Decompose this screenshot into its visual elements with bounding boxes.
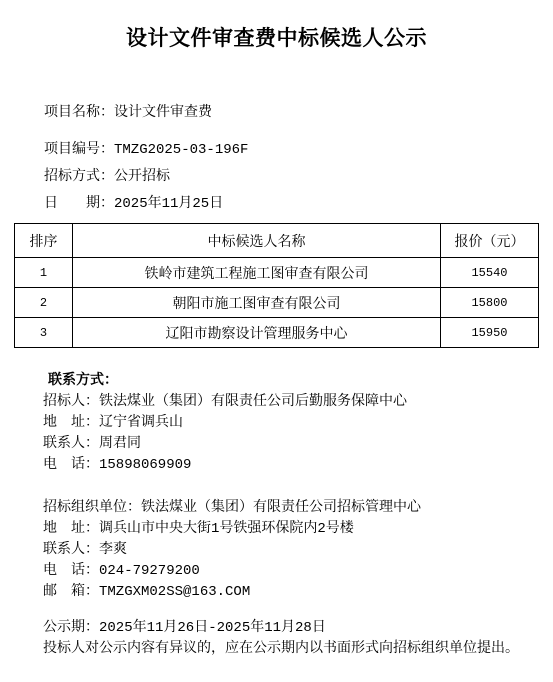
project-number-label: 项目编号：: [44, 142, 114, 158]
candidate-name-cell: 辽阳市勘察设计管理服务中心: [73, 318, 441, 348]
organizer-line: 招标组织单位：铁法煤业（集团）有限责任公司招标管理中心: [43, 498, 553, 519]
date-line: 日 期：2025年11月25日: [44, 191, 553, 218]
rank-cell: 3: [15, 318, 73, 348]
rank-cell: 1: [15, 258, 73, 288]
candidate-name-cell: 铁岭市建筑工程施工图审查有限公司: [73, 258, 441, 288]
organizer-phone-line: 电 话：024-79279200: [43, 561, 553, 582]
bidder-contact-person-label: 联系人：: [43, 436, 99, 452]
table-row: 2 朝阳市施工图审查有限公司 15800: [15, 288, 539, 318]
project-name-line: 项目名称：设计文件审查费: [44, 100, 553, 127]
organizer-phone-value: 024-79279200: [99, 563, 200, 579]
organizer-phone-label: 电 话：: [43, 563, 99, 579]
header-rank: 排序: [15, 224, 73, 258]
organizer-email-value: TMZGXM02SS@163.COM: [99, 584, 250, 600]
rank-cell: 2: [15, 288, 73, 318]
bidder-value: 铁法煤业（集团）有限责任公司后勤服务保障中心: [99, 394, 407, 410]
bidding-method-line: 招标方式：公开招标: [44, 164, 553, 191]
bidder-address-line: 地 址：辽宁省调兵山: [43, 413, 553, 434]
project-info-block: 项目名称：设计文件审查费 项目编号：TMZG2025-03-196F 招标方式：…: [44, 100, 553, 218]
bidding-method-value: 公开招标: [114, 169, 170, 185]
price-cell: 15950: [441, 318, 539, 348]
bidder-phone-value: 15898069909: [99, 457, 191, 473]
organizer-address-line: 地 址：调兵山市中央大街1号铁强环保院内2号楼: [43, 519, 553, 540]
page-title: 设计文件审查费中标候选人公示: [0, 30, 553, 52]
contact-heading: 联系方式：: [48, 371, 553, 392]
organizer-contact-person-value: 李爽: [99, 542, 127, 558]
bidder-contact-group: 招标人：铁法煤业（集团）有限责任公司后勤服务保障中心 地 址：辽宁省调兵山 联系…: [43, 392, 553, 476]
bidder-line: 招标人：铁法煤业（集团）有限责任公司后勤服务保障中心: [43, 392, 553, 413]
organizer-contact-group: 招标组织单位：铁法煤业（集团）有限责任公司招标管理中心 地 址：调兵山市中央大街…: [43, 498, 553, 603]
bidder-phone-line: 电 话：15898069909: [43, 455, 553, 476]
project-name-label: 项目名称：: [44, 105, 114, 121]
bidder-label: 招标人：: [43, 394, 99, 410]
project-number-line: 项目编号：TMZG2025-03-196F: [44, 137, 553, 164]
bidder-address-label: 地 址：: [43, 415, 99, 431]
bidder-phone-label: 电 话：: [43, 457, 99, 473]
header-price: 报价（元）: [441, 224, 539, 258]
table-row: 3 辽阳市勘察设计管理服务中心 15950: [15, 318, 539, 348]
publicity-period-label: 公示期：: [43, 620, 99, 636]
header-candidate-name: 中标候选人名称: [73, 224, 441, 258]
date-label: 日 期：: [44, 196, 114, 212]
date-value: 2025年11月25日: [114, 196, 223, 212]
footer-block: 公示期：2025年11月26日-2025年11月28日 投标人对公示内容有异议的…: [43, 618, 553, 660]
organizer-value: 铁法煤业（集团）有限责任公司招标管理中心: [141, 500, 421, 516]
announcement-page: 设计文件审查费中标候选人公示 项目名称：设计文件审查费 项目编号：TMZG202…: [0, 0, 553, 682]
publicity-period-line: 公示期：2025年11月26日-2025年11月28日: [43, 618, 553, 639]
candidate-name-cell: 朝阳市施工图审查有限公司: [73, 288, 441, 318]
publicity-period-value: 2025年11月26日-2025年11月28日: [99, 620, 326, 636]
bidder-contact-person-value: 周君同: [99, 436, 141, 452]
organizer-email-label: 邮 箱：: [43, 584, 99, 600]
project-number-value: TMZG2025-03-196F: [114, 142, 248, 158]
candidates-table: 排序 中标候选人名称 报价（元） 1 铁岭市建筑工程施工图审查有限公司 1554…: [14, 223, 539, 348]
organizer-label: 招标组织单位：: [43, 500, 141, 516]
organizer-contact-person-line: 联系人：李爽: [43, 540, 553, 561]
organizer-address-value: 调兵山市中央大街1号铁强环保院内2号楼: [99, 521, 354, 537]
organizer-email-line: 邮 箱：TMZGXM02SS@163.COM: [43, 582, 553, 603]
objection-note-line: 投标人对公示内容有异议的，应在公示期内以书面形式向招标组织单位提出。: [43, 639, 553, 660]
organizer-contact-person-label: 联系人：: [43, 542, 99, 558]
table-header-row: 排序 中标候选人名称 报价（元）: [15, 224, 539, 258]
organizer-address-label: 地 址：: [43, 521, 99, 537]
price-cell: 15540: [441, 258, 539, 288]
bidder-contact-person-line: 联系人：周君同: [43, 434, 553, 455]
contact-block: 联系方式： 招标人：铁法煤业（集团）有限责任公司后勤服务保障中心 地 址：辽宁省…: [43, 371, 553, 603]
table-row: 1 铁岭市建筑工程施工图审查有限公司 15540: [15, 258, 539, 288]
bidder-address-value: 辽宁省调兵山: [99, 415, 183, 431]
bidding-method-label: 招标方式：: [44, 169, 114, 185]
project-name-value: 设计文件审查费: [114, 105, 212, 121]
price-cell: 15800: [441, 288, 539, 318]
